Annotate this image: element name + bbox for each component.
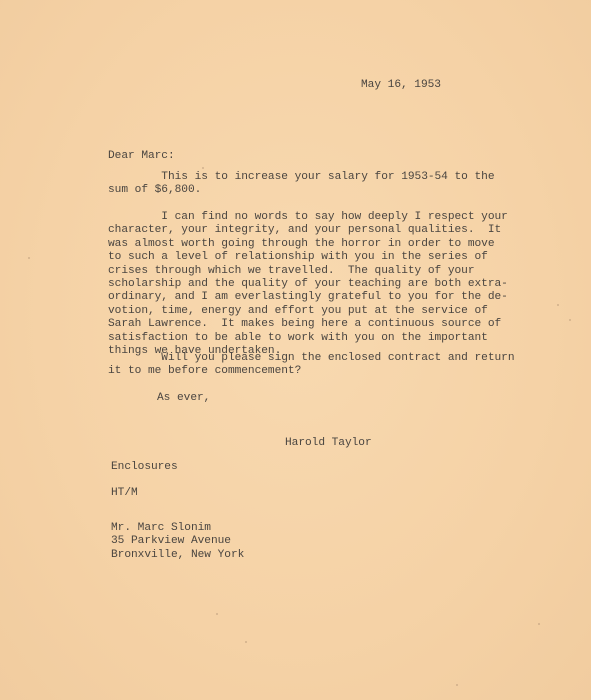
recipient-address: Mr. Marc Slonim 35 Parkview Avenue Bronx… xyxy=(111,522,244,562)
paragraph-line: satisfaction to be able to work with you… xyxy=(108,332,528,345)
paper-speck xyxy=(557,304,559,306)
paragraph-line: sum of $6,800. xyxy=(108,184,528,197)
paragraph-line: scholarship and the quality of your teac… xyxy=(108,278,528,291)
paper-speck xyxy=(538,623,540,625)
paper-speck xyxy=(28,257,30,259)
letter-page: May 16, 1953 Dear Marc: This is to incre… xyxy=(0,0,591,700)
enclosures-note: Enclosures xyxy=(111,461,178,474)
paper-speck xyxy=(456,684,458,686)
paragraph-line: character, your integrity, and your pers… xyxy=(108,224,528,237)
salutation: Dear Marc: xyxy=(108,150,175,163)
address-line: 35 Parkview Avenue xyxy=(111,535,244,548)
paragraph-gratitude: I can find no words to say how deeply I … xyxy=(108,211,528,358)
address-line: Mr. Marc Slonim xyxy=(111,522,244,535)
paragraph-line: votion, time, energy and effort you put … xyxy=(108,305,528,318)
paragraph-line: Will you please sign the enclosed contra… xyxy=(108,352,528,365)
paragraph-line: was almost worth going through the horro… xyxy=(108,238,528,251)
paragraph-line: crises through which we travelled. The q… xyxy=(108,265,528,278)
paper-speck xyxy=(216,613,218,615)
paragraph-line: it to me before commencement? xyxy=(108,365,528,378)
paragraph-contract: Will you please sign the enclosed contra… xyxy=(108,352,528,379)
paragraph-line: I can find no words to say how deeply I … xyxy=(108,211,528,224)
paragraph-line: This is to increase your salary for 1953… xyxy=(108,171,528,184)
paragraph-line: Sarah Lawrence. It makes being here a co… xyxy=(108,318,528,331)
paper-speck xyxy=(202,167,204,169)
closing: As ever, xyxy=(157,392,210,405)
signature-name: Harold Taylor xyxy=(285,437,372,450)
address-line: Bronxville, New York xyxy=(111,549,244,562)
paper-speck xyxy=(245,641,247,643)
paragraph-line: to such a level of relationship with you… xyxy=(108,251,528,264)
paragraph-line: ordinary, and I am everlastingly gratefu… xyxy=(108,291,528,304)
reference-initials: HT/M xyxy=(111,487,138,500)
paper-speck xyxy=(569,319,571,321)
paragraph-salary: This is to increase your salary for 1953… xyxy=(108,171,528,198)
letter-date: May 16, 1953 xyxy=(361,79,441,92)
